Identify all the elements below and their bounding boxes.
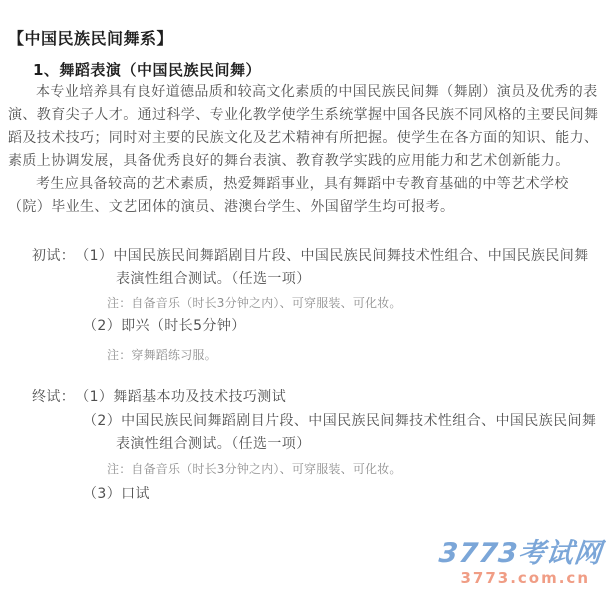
first-exam-item1-line2: 表演性组合测试。（任选一项） [116,271,311,287]
first-exam-note-1: 注：自备音乐（时长3分钟之内）、可穿服装、可化妆。 [107,295,402,311]
first-exam-item2: （2）即兴（时长5分钟） [83,318,246,334]
final-exam-item2-line1: （2）中国民族民间舞蹈剧目片段、中国民族民间舞技术性组合、中国民族民间舞 [83,413,596,429]
department-title: 【中国民族民间舞系】 [8,26,173,49]
final-exam-item2-marker: （2） [83,413,121,429]
final-exam-note: 注：自备音乐（时长3分钟之内）、可穿服装、可化妆。 [107,461,402,477]
final-exam-label: 终试： [32,389,75,405]
final-exam-item2-line2: 表演性组合测试。（任选一项） [116,436,311,452]
watermark: 3773考试网 3773.com.cn [432,540,602,587]
intro-line-1: 本专业培养具有良好道德品质和较高文化素质的中国民族民间舞（舞剧）演员及优秀的表 [36,84,598,100]
intro-line-2: 演、教育尖子人才。通过科学、专业化教学使学生系统掌握中国各民族不同风格的主要民间… [8,107,598,123]
major-heading: 1、舞蹈表演（中国民族民间舞） [33,59,261,80]
first-exam-item1-marker: （1） [82,248,113,264]
first-exam-note-2: 注：穿舞蹈练习服。 [107,347,217,363]
final-exam-item2-text: 中国民族民间舞蹈剧目片段、中国民族民间舞技术性组合、中国民族民间舞 [121,413,596,429]
final-exam-item1-text: （1）舞蹈基本功及技术技巧测试 [82,389,286,405]
intro-line-4: 素质上协调发展，具备优秀良好的舞台表演、教育教学实践的应用能力和艺术创新能力。 [8,153,570,169]
final-exam-item1-line: 终试：（1）舞蹈基本功及技术技巧测试 [32,389,286,405]
first-exam-label: 初试： [32,248,75,264]
watermark-site-url: 3773.com.cn [432,569,602,587]
watermark-site-logo: 3773考试网 [437,540,603,568]
first-exam-item1-text: 中国民族民间舞蹈剧目片段、中国民族民间舞技术性组合、中国民族民间舞 [113,248,588,264]
document-page: 【中国民族民间舞系】 1、舞蹈表演（中国民族民间舞） 本专业培养具有良好道德品质… [0,0,606,605]
eligibility-line-2: （院）毕业生、文艺团体的演员、港澳台学生、外国留学生均可报考。 [8,199,454,215]
eligibility-line-1: 考生应具备较高的艺术素质，热爱舞蹈事业，具有舞蹈中专教育基础的中等艺术学校 [36,176,569,192]
first-exam-item1-line1: 初试：（1）中国民族民间舞蹈剧目片段、中国民族民间舞技术性组合、中国民族民间舞 [32,248,589,264]
final-exam-item3: （3）口试 [83,486,150,502]
intro-line-3: 蹈及技术技巧；同时对主要的民族文化及艺术精神有所把握。使学生在各方面的知识、能力… [8,130,598,146]
